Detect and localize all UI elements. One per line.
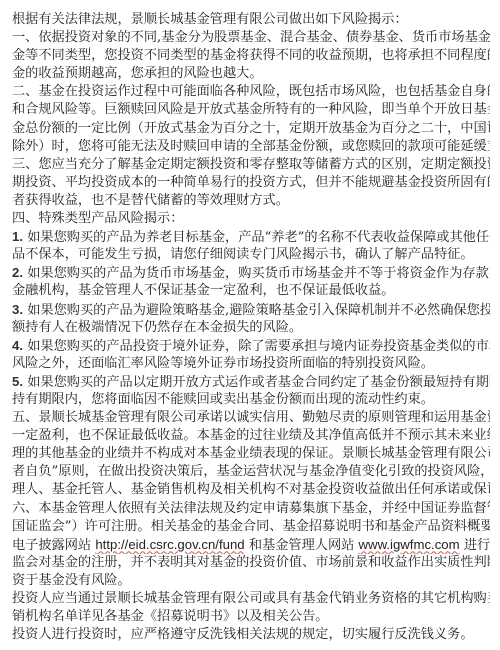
text-line: 一、依据投资对象的不同,基金分为股票基金、混合基金、债券基金、货币市场基金、基金… [12, 29, 490, 47]
section-3-regular-investment: 三、您应当充分了解基金定期定额投资和零存整取等储蓄方式的区别，定期定额投资是引导… [12, 156, 490, 210]
text-fragment: 电子披露网站 [12, 538, 95, 553]
csrc-disclosure-link[interactable]: http://eid.csrc.gov.cn/fund [95, 537, 244, 552]
text-line: 二、基金在投资运作过程中可能面临各种风险，既包括市场风险，也包括基金自身的管理风… [12, 83, 490, 101]
text-line: 销机构名单详见各基金《招募说明书》以及相关公告。 [12, 608, 490, 626]
closing-paragraphs: 投资人应当通过景顺长城基金管理有限公司或具有基金代销业务资格的其它机构购买和赎回… [12, 590, 490, 644]
text-line: 国证监会”）许可注册。相关基金的基金合同、基金招募说明书和基金产品资料概要已通过… [12, 518, 490, 536]
section-4-special-products: 四、特殊类型产品风险揭示： 1. 如果您购买的产品为养老目标基金，产品“养老”的… [12, 210, 490, 409]
text-line: 和合规风险等。巨额赎回风险是开放式基金所特有的一种风险，即当单个开放日基金的净赎… [12, 101, 490, 119]
special-product-item-3: 3. 如果您购买的产品为避险策略基金,避险策略基金引入保障机制并不必然确保您投资… [12, 301, 490, 337]
special-product-item-4: 4. 如果您购买的产品投资于境外证券，除了需要承担与境内证券投资基金类似的市场波… [12, 337, 490, 373]
text-line: 金等不同类型，您投资不同类型的基金将获得不同的收益预期，也将承担不同程度的风险。… [12, 47, 490, 65]
text-line: 投资人进行投资时，应严格遵守反洗钱相关法规的规定，切实履行反洗钱义务。 [12, 626, 490, 644]
item-number: 1. [12, 229, 23, 244]
item-number: 3. [12, 302, 23, 317]
item-number: 4. [12, 338, 23, 353]
item-number: 5. [12, 374, 23, 389]
text-line: 期投资、平均投资成本的一种简单易行的投资方式，但并不能规避基金投资所固有的风险，… [12, 174, 490, 192]
text-line: 风险之外，还面临汇率风险等境外证券市场投资所面临的特别投资风险。 [12, 355, 490, 373]
text-line: 金的收益预期越高，您承担的风险也越大。 [12, 65, 490, 83]
text-line: 4. 如果您购买的产品投资于境外证券，除了需要承担与境内证券投资基金类似的市场波… [12, 337, 490, 355]
intro-paragraph: 根据有关法律法规，景顺长城基金管理有限公司做出如下风险揭示： [12, 11, 490, 29]
text-line: 除外）时，您将可能无法及时赎回申请的全部基金份额，或您赎回的款项可能延缓支付。 [12, 138, 490, 156]
text-line: 理人、基金托管人、基金销售机构及相关机构不对基金投资收益做出任何承诺或保证。 [12, 481, 490, 499]
text-fragment: 进行了公开披露。中国证 [460, 538, 490, 553]
text-line: 三、您应当充分了解基金定期定额投资和零存整取等储蓄方式的区别，定期定额投资是引导… [12, 156, 490, 174]
item-text: 如果您购买的产品投资于境外证券，除了需要承担与境内证券投资基金类似的市场波动风险… [23, 339, 490, 354]
text-line: 金融机构，基金管理人不保证基金一定盈利，也不保证最低收益。 [12, 282, 490, 300]
special-product-item-1: 1. 如果您购买的产品为养老目标基金，产品“养老”的名称不代表收益保障或其他任何… [12, 228, 490, 264]
item-number: 2. [12, 265, 23, 280]
text-line: 3. 如果您购买的产品为避险策略基金,避险策略基金引入保障机制并不必然确保您投资… [12, 301, 490, 319]
special-product-item-2: 2. 如果您购买的产品为货币市场基金，购买货币市场基金并不等于将资金作为存款存放… [12, 264, 490, 300]
text-line: 者获得收益，也不是替代储蓄的等效理财方式。 [12, 192, 490, 210]
text-line: 理的其他基金的业绩并不构成对本基金业绩表现的保证。景顺长城基金管理有限公司提醒您… [12, 445, 490, 463]
text-line: 监会对基金的注册，并不表明其对基金的投资价值、市场前景和收益作出实质性判断或保证… [12, 554, 490, 572]
section-heading: 四、特殊类型产品风险揭示： [12, 210, 490, 228]
item-text: 如果您购买的产品为避险策略基金,避险策略基金引入保障机制并不必然确保您投资本金的… [23, 303, 490, 318]
text-fragment: 和基金管理人网站 [245, 538, 359, 553]
text-line: 资于基金没有风险。 [12, 572, 490, 590]
text-line: 2. 如果您购买的产品为货币市场基金，购买货币市场基金并不等于将资金作为存款存放… [12, 264, 490, 282]
text-line: 五、景顺长城基金管理有限公司承诺以诚实信用、勤勉尽责的原则管理和运用基金资产，但… [12, 409, 490, 427]
item-text: 如果您购买的产品为养老目标基金，产品“养老”的名称不代表收益保障或其他任何形式的… [23, 230, 490, 245]
section-6-registration-disclosure: 六、本基金管理人依照有关法律法规及约定申请募集旗下基金，并经中国证券监督管理委员… [12, 500, 490, 590]
text-line: 投资人应当通过景顺长城基金管理有限公司或具有基金代销业务资格的其它机构购买和赎回… [12, 590, 490, 608]
item-text: 如果您购买的产品以定期开放方式运作或者基金合同约定了基金份额最短持有期限，在封闭… [23, 375, 490, 390]
text-line: 根据有关法律法规，景顺长城基金管理有限公司做出如下风险揭示： [12, 11, 490, 29]
section-5-management-commitment: 五、景顺长城基金管理有限公司承诺以诚实信用、勤勉尽责的原则管理和运用基金资产，但… [12, 409, 490, 499]
special-product-item-5: 5. 如果您购买的产品以定期开放方式运作或者基金合同约定了基金份额最短持有期限，… [12, 373, 490, 409]
text-line: 一定盈利，也不保证最低收益。本基金的过往业绩及其净值高低并不预示其未来业绩表现，… [12, 427, 490, 445]
text-line: 六、本基金管理人依照有关法律法规及约定申请募集旗下基金，并经中国证券监督管理委员… [12, 500, 490, 518]
text-line: 1. 如果您购买的产品为养老目标基金，产品“养老”的名称不代表收益保障或其他任何… [12, 228, 490, 246]
text-line: 持有期限内，您将面临因不能赎回或卖出基金份额而出现的流动性约束。 [12, 391, 490, 409]
risk-disclosure-document: 根据有关法律法规，景顺长城基金管理有限公司做出如下风险揭示： 一、依据投资对象的… [12, 11, 490, 644]
section-1-fund-types: 一、依据投资对象的不同,基金分为股票基金、混合基金、债券基金、货币市场基金、基金… [12, 29, 490, 83]
fund-manager-website-link[interactable]: www.igwfmc.com [359, 537, 460, 552]
text-line: 金总份额的一定比例（开放式基金为百分之十，定期开放基金为百分之二十，中国证监会规… [12, 120, 490, 138]
section-2-operating-risks: 二、基金在投资运作过程中可能面临各种风险，既包括市场风险，也包括基金自身的管理风… [12, 83, 490, 155]
text-line: 5. 如果您购买的产品以定期开放方式运作或者基金合同约定了基金份额最短持有期限，… [12, 373, 490, 391]
text-line: 额持有人在极端情况下仍然存在本金损失的风险。 [12, 319, 490, 337]
item-text: 如果您购买的产品为货币市场基金，购买货币市场基金并不等于将资金作为存款存放在银行… [23, 266, 490, 281]
text-line: 者自负”原则，在做出投资决策后，基金运营状况与基金净值变化引致的投资风险，由您自… [12, 463, 490, 481]
text-line: 品不保本，可能发生亏损，请您仔细阅读专门风险揭示书，确认了解产品特征。 [12, 246, 490, 264]
text-line: 电子披露网站 http://eid.csrc.gov.cn/fund 和基金管理… [12, 536, 490, 554]
